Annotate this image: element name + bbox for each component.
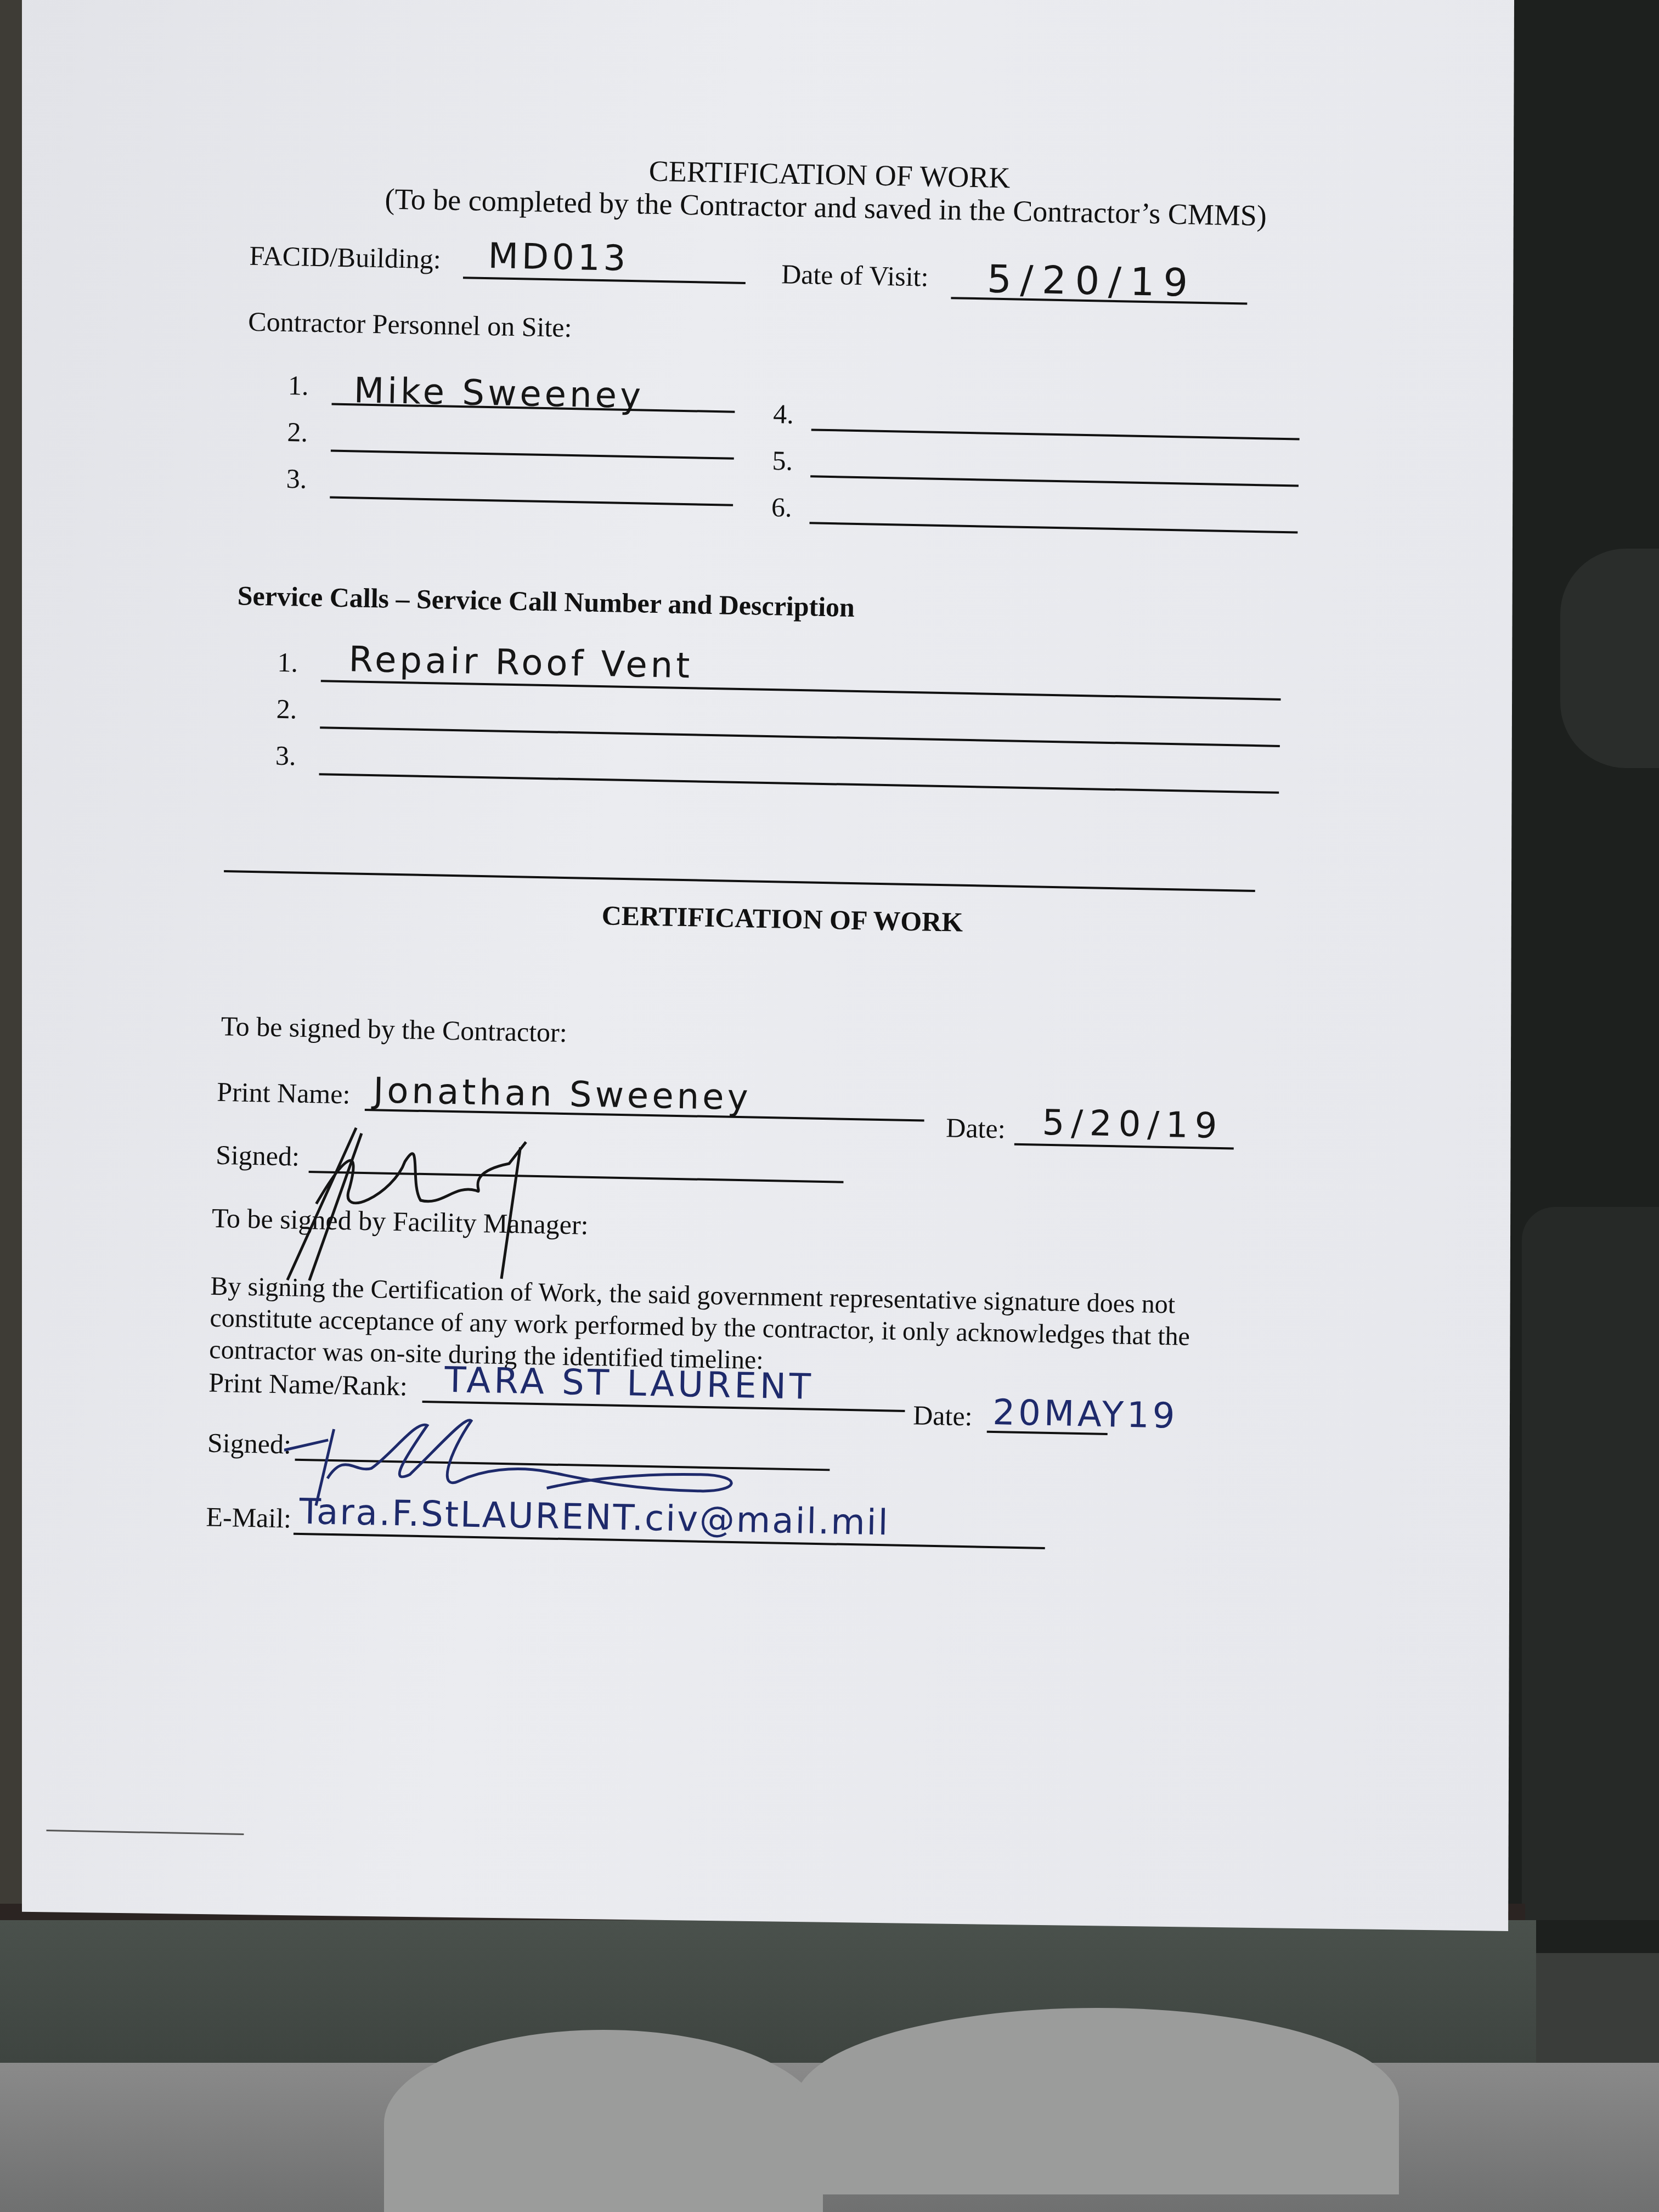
contractor-intro: To be signed by the Contractor: [221, 1010, 567, 1048]
contractor-date-field[interactable]: 5/20/19 [1042, 1103, 1224, 1147]
personnel-underline [330, 496, 733, 506]
service-call-number: 2. [276, 693, 297, 725]
fabric-fold [795, 2008, 1399, 2194]
facility-signed-label: Signed: [207, 1427, 292, 1460]
service-call-underline [321, 680, 1281, 701]
service-call-underline [320, 726, 1280, 747]
facility-manager-intro: To be signed by Facility Manager: [211, 1202, 589, 1241]
facid-label: FACID/Building: [249, 240, 441, 275]
personnel-underline [809, 522, 1297, 533]
personnel-number: 6. [771, 491, 793, 523]
service-call-field-1[interactable]: Repair Roof Vent [348, 639, 693, 686]
contractor-print-name-label: Print Name: [217, 1076, 351, 1110]
personnel-number: 4. [773, 398, 794, 430]
service-calls-heading: Service Calls – Service Call Number and … [237, 579, 855, 623]
certification-form: CERTIFICATION OF WORK (To be completed b… [0, 0, 1659, 1948]
certification-heading: CERTIFICATION OF WORK [601, 899, 963, 938]
facility-date-field[interactable]: 20MAY19 [992, 1392, 1178, 1436]
personnel-number: 5. [772, 444, 793, 477]
contractor-date-label: Date: [946, 1111, 1006, 1144]
service-call-number: 1. [277, 646, 298, 679]
footer-line [46, 1830, 244, 1835]
facility-date-label: Date: [913, 1399, 973, 1432]
personnel-underline [810, 475, 1299, 487]
facility-email-label: E-Mail: [206, 1501, 292, 1534]
personnel-number: 3. [286, 462, 307, 495]
personnel-underline [811, 428, 1300, 440]
personnel-number: 1. [288, 369, 309, 402]
section-divider [224, 870, 1255, 892]
personnel-underline [331, 450, 734, 460]
service-call-underline [319, 773, 1279, 794]
date-of-visit-label: Date of Visit: [781, 258, 929, 292]
fabric-fold [384, 2030, 823, 2212]
personnel-number: 2. [287, 416, 308, 448]
personnel-label: Contractor Personnel on Site: [248, 306, 572, 343]
facid-field[interactable]: MD013 [488, 236, 629, 279]
contractor-signature[interactable] [276, 1110, 719, 1294]
service-call-number: 3. [275, 740, 297, 772]
